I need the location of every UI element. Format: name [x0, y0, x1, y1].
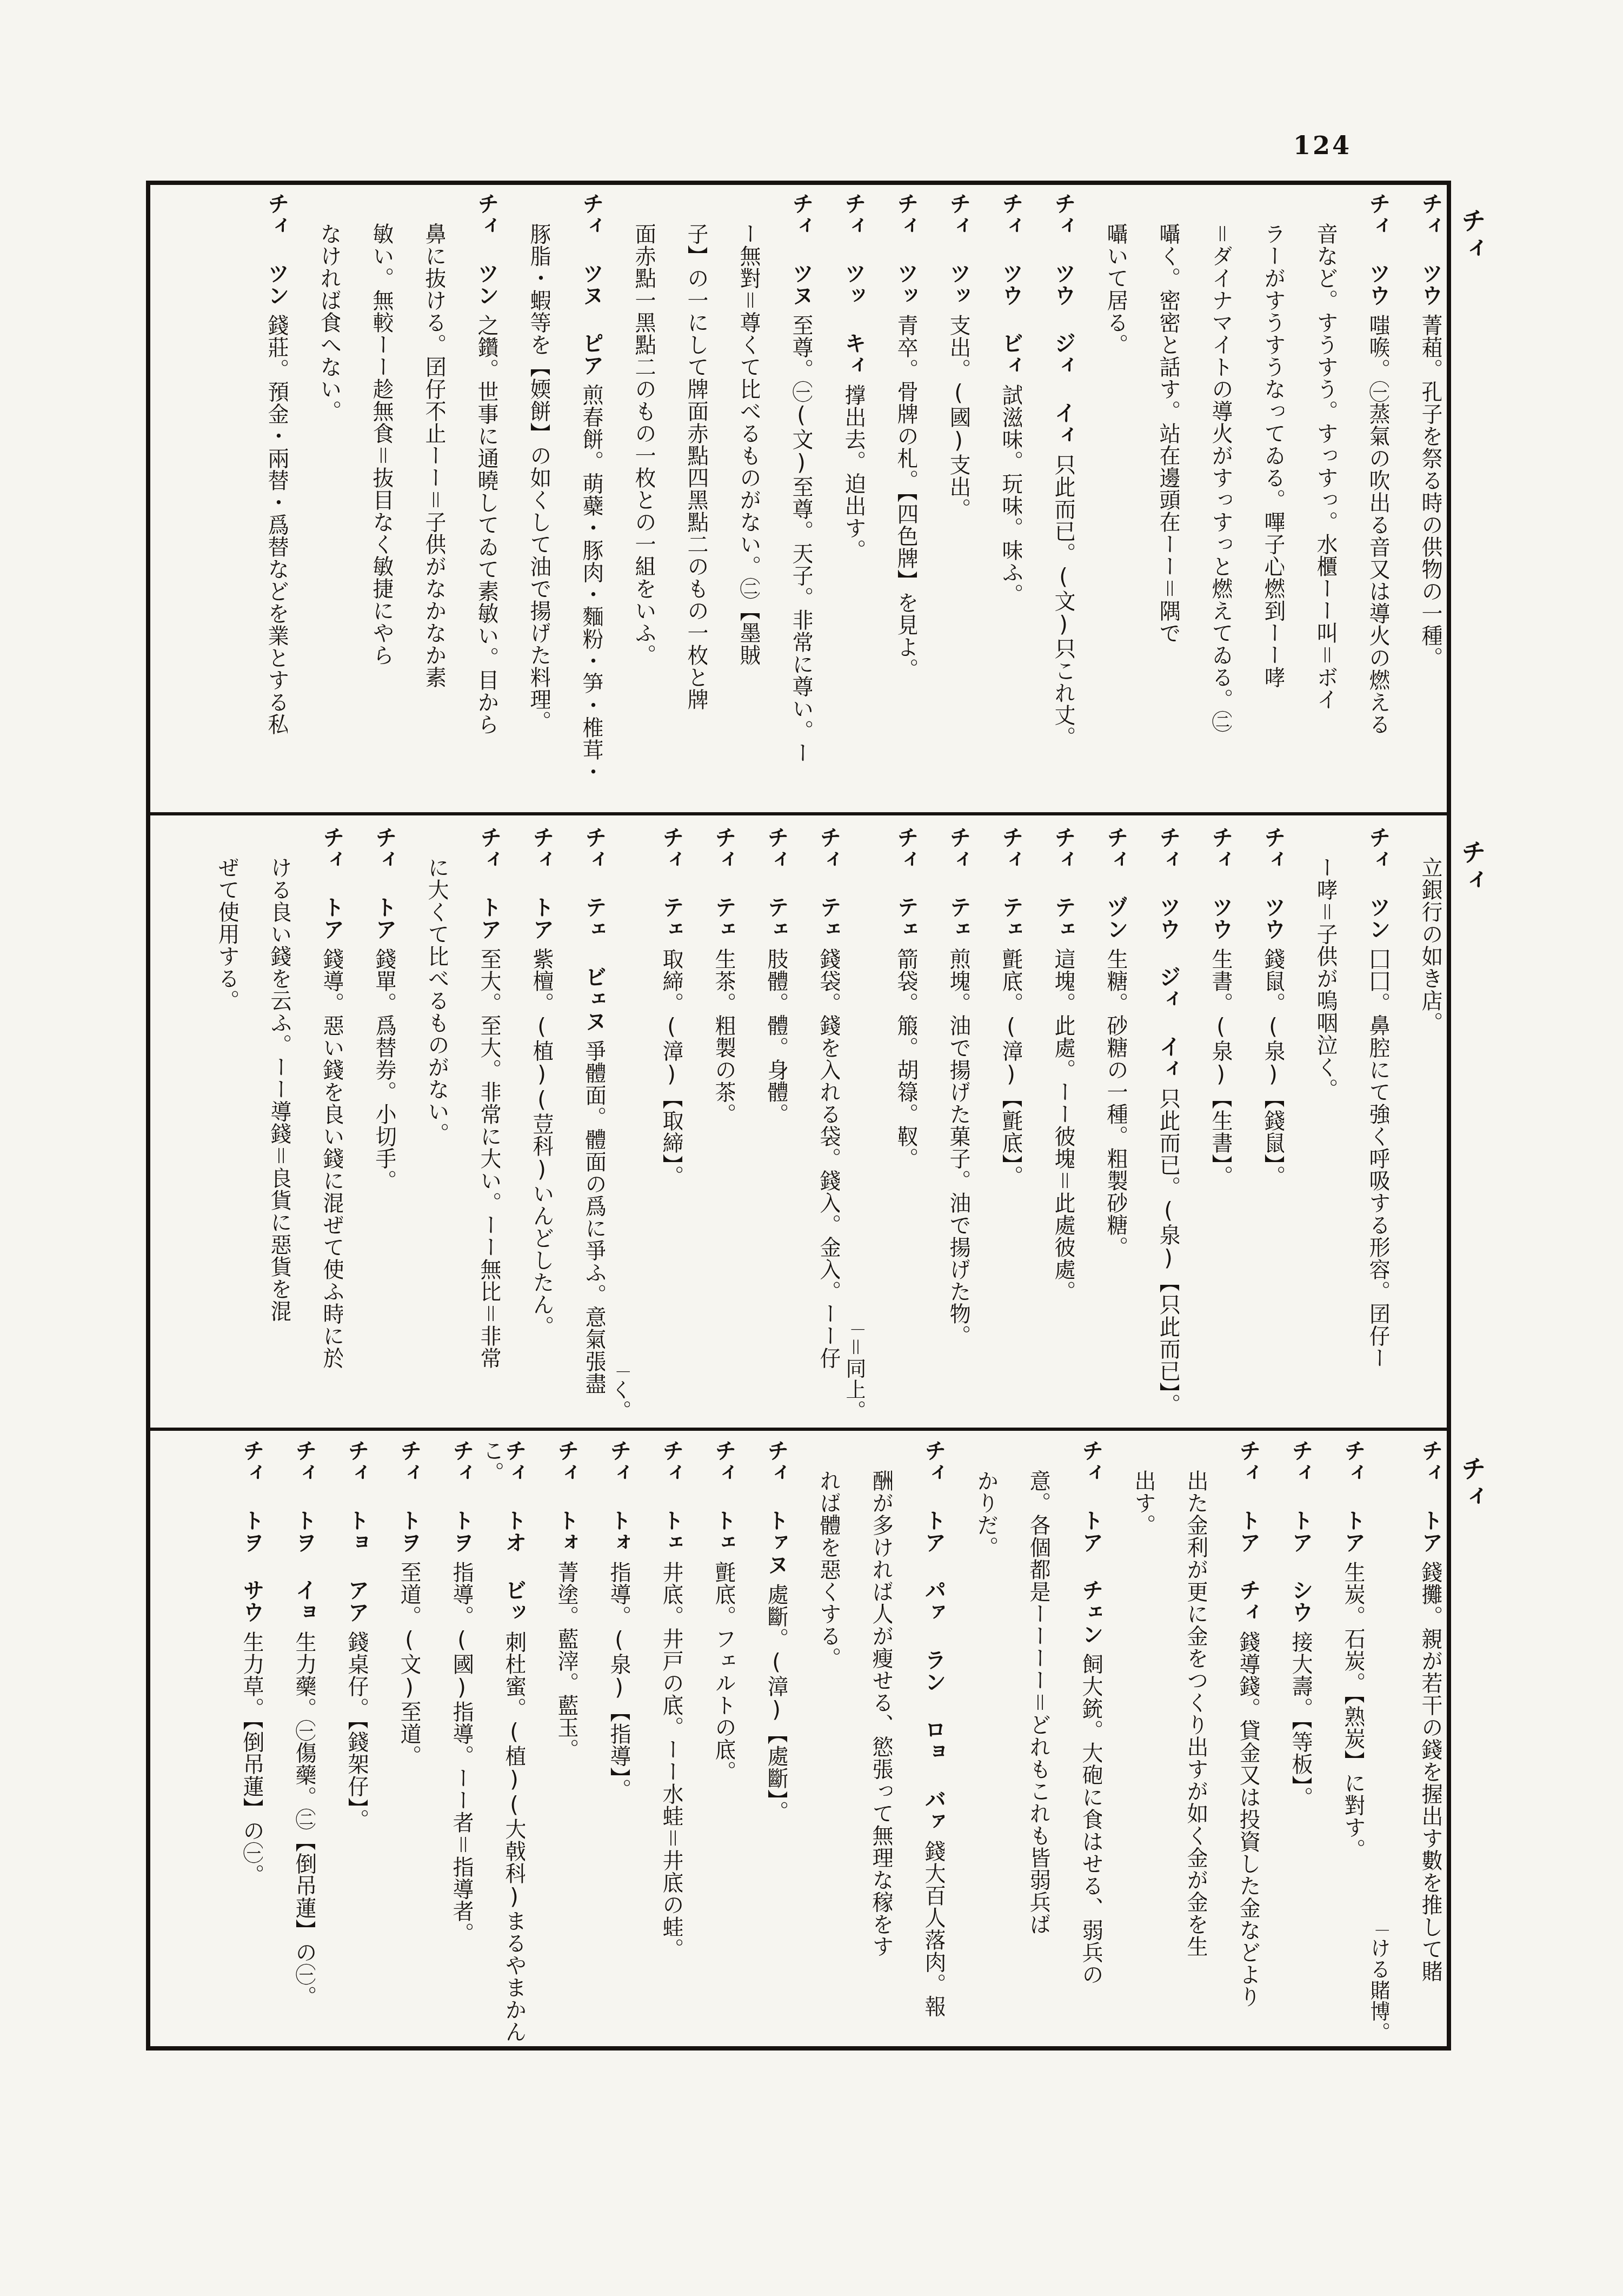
entry-reading: チィ ツヌ ピア: [579, 193, 602, 376]
entry-reading: チィ トェ: [711, 1439, 735, 1554]
dictionary-column: チィ ツヌ至尊。㊀(文)至尊。天子。非常に尊い。ー: [760, 193, 812, 806]
entry-reading: チィ テェ: [1051, 826, 1074, 940]
entry-text: 氈底。(漳)【氈底】。: [999, 948, 1022, 1187]
entry-text: 豚脂・蝦等を【媆餅】の如くして油で揚げた料理。: [527, 223, 550, 733]
dictionary-column: チィ トヲ イョ生力藥。㊀傷藥。㊁【倒吊蓮】の㊀。: [263, 1439, 315, 2043]
band-3: チィ トア錢攤。親が若干の錢を握出す數を推して賭「ける賭博。チィ トア生炭。石炭…: [159, 1439, 1441, 2043]
entry-text: 囗囗。鼻腔にて強く呼吸する形容。囝仔ー: [1366, 948, 1389, 1369]
dictionary-column: チィ トァヌ處斷。(漳)【處斷】。: [735, 1439, 787, 2043]
dictionary-column: チィ トォ菁塗。藍滓。藍玉。: [525, 1439, 577, 2043]
entry-text: 處斷。(漳)【處斷】。: [764, 1583, 787, 1823]
dictionary-column: チィ トオ ビッ刺杜蜜。(植)(大戟科)まるやまかんこ。: [473, 1439, 525, 2043]
dictionary-column: なければ食へない。: [288, 193, 340, 806]
entry-reading: チィ テェ: [659, 826, 682, 940]
dictionary-column: 出た金利が更に金をつくり出すが如く金が金を生: [1154, 1439, 1207, 2043]
entry-text: 生書。(泉)【生書】。: [1208, 948, 1232, 1187]
dictionary-column: 意。各個都是ーーーー＝どれもこれも皆弱兵ば: [997, 1439, 1049, 2043]
dictionary-column: チィ ツッ キィ撑出去。迫出す。: [812, 193, 864, 806]
dictionary-column: チィ テェ肢體。體。身體。: [735, 826, 787, 1421]
band-2: 立銀行の如き店。チィ ツン囗囗。鼻腔にて強く呼吸する形容。囝仔ーー哮＝子供が嗚咽…: [159, 826, 1441, 1421]
dictionary-column: チィ ツヌ ピア煎春餅。萌蘗・豚肉・麵粉・笋・椎茸・: [550, 193, 602, 806]
dictionary-column: ＝ダイナマイトの導火がすっすっと燃えてゐる。㊁: [1179, 193, 1232, 806]
page-number: 124: [1293, 131, 1352, 160]
entry-reading: チィ テェ: [946, 826, 969, 940]
dictionary-column: チィ トア至大。至大。非常に大い。ーー無比＝非常: [448, 826, 500, 1421]
entry-reading: チィ トヲ イョ: [292, 1439, 315, 1623]
entry-reading: チィ トオ ビッ: [502, 1439, 525, 1623]
dictionary-column: チィ ツウ ジィ イィ只此而已。(文)只これ丈。: [1022, 193, 1074, 806]
entry-text: 支出。(國)支出。: [946, 314, 969, 520]
entry-text: 煎春餅。萌蘗・豚肉・麵粉・笋・椎茸・: [579, 384, 602, 783]
dictionary-column: かりだ。: [944, 1439, 997, 2043]
entry-text: 立銀行の如き店。: [1418, 857, 1441, 1034]
entry-reading: チィ テェ ビェヌ: [582, 826, 605, 1032]
entry-text: 紫檀。(植)(荳科)いんどしたん。: [529, 948, 553, 1338]
entry-text: 爭體面。體面の爲に爭ふ。意氣張盡: [582, 1040, 605, 1395]
dictionary-column: チィ ツウ ジィ イィ只此而已。(泉)【只此而已】。: [1127, 826, 1179, 1421]
dictionary-column: ぜて使用する。: [185, 826, 238, 1421]
dictionary-column: 音など。すうすう。すっすっ。水櫃ーー叫＝ボイ: [1284, 193, 1336, 806]
entry-text: 酬が多ければ人が瘦せる、慾張って無理な稼をす: [869, 1470, 892, 1957]
side-tab-1: チィ: [1460, 208, 1485, 264]
entry-reading: チィ テェ: [816, 826, 840, 940]
dictionary-column: 「＝同上。: [840, 826, 864, 1421]
entry-text: かりだ。: [974, 1470, 997, 1558]
dictionary-column: チィ トア パァ ラン ロョ バァ錢大百人落肉。報: [892, 1439, 944, 2043]
entry-text: 「く。: [608, 1358, 630, 1421]
dictionary-column: 「ける賭博。: [1364, 1439, 1389, 2043]
dictionary-column: チィ トア生炭。石炭。【熟炭】に對す。: [1312, 1439, 1364, 2043]
dictionary-column: チィ トア シウ接大壽。【等板】。: [1259, 1439, 1312, 2043]
dictionary-column: チィ トェ井底。井戸の底。ーー水蛙＝井底の蛙。: [630, 1439, 682, 2043]
entry-text: 指導。(泉)【指導】。: [607, 1561, 630, 1801]
entry-reading: チィ トォ: [554, 1439, 577, 1554]
dictionary-column: チィ トア チィ錢導錢。貸金又は投資した金などより: [1207, 1439, 1259, 2043]
entry-text: 指導。(國)指導。ーー者＝指導者。: [449, 1561, 473, 1945]
dictionary-column: 鼻に抜ける。囝仔不止ーー＝子供がなかなか素: [393, 193, 445, 806]
entry-text: 錢鼠。(泉)【錢鼠】。: [1261, 948, 1284, 1187]
entry-reading: チィ トア: [1341, 1439, 1364, 1554]
entry-reading: チィ トア シウ: [1288, 1439, 1312, 1623]
entry-text: ー無對＝尊くて比べるものがない。㊁【墨賊: [736, 223, 760, 666]
entry-text: ぜて使用する。: [215, 857, 238, 1012]
entry-text: 生炭。石炭。【熟炭】に對す。: [1341, 1561, 1364, 1861]
side-tab-3: チィ: [1460, 1456, 1485, 1512]
entry-text: 「ける賭博。: [1367, 1916, 1389, 2043]
dictionary-column: れば體を惡くする。: [787, 1439, 840, 2043]
entry-reading: チィ テェ: [711, 826, 735, 940]
entry-text: 生力草。【倒吊蓮】の㊀。: [240, 1631, 263, 1886]
dictionary-column: ける良い錢を云ふ。ーー導錢＝良貨に惡貨を混: [238, 826, 290, 1421]
dictionary-column: チィ ツウ菁蒩。孔子を祭る時の供物の一種。: [1389, 193, 1441, 806]
dictionary-column: チィ ツウ嗤㗋。㊀蒸氣の吹出る音又は導火の燃える: [1336, 193, 1389, 806]
entry-text: 嗤㗋。㊀蒸氣の吹出る音又は導火の燃える: [1366, 314, 1389, 735]
dictionary-column: チィ トア紫檀。(植)(荳科)いんどしたん。: [500, 826, 553, 1421]
entry-text: に大くて比べるものがない。: [424, 857, 448, 1145]
entry-reading: チィ ツッ: [894, 193, 917, 307]
entry-text: ＝ダイナマイトの導火がすっすっと燃えてゐる。㊁: [1208, 223, 1232, 733]
entry-text: 錢單。爲替券。小切手。: [372, 948, 395, 1192]
dictionary-column: ラーがすうすうなってゐる。嗶子心燃到ーー哮: [1232, 193, 1284, 806]
entry-text: 面赤點一黑點二のもの一枚との一組をいふ。: [631, 223, 655, 666]
entry-reading: チィ テェ: [764, 826, 787, 940]
entry-text: 意。各個都是ーーーー＝どれもこれも皆弱兵ば: [1026, 1470, 1049, 1935]
entry-text: 出た金利が更に金をつくり出すが如く金が金を生: [1183, 1470, 1207, 1957]
entry-reading: チィ ツン: [474, 193, 497, 307]
dictionary-column: チィ テェ箭袋。箙。胡簶。靫。: [864, 826, 917, 1421]
dictionary-column: チィ トェ氈底。フェルトの底。: [682, 1439, 735, 2043]
entry-text: 至尊。㊀(文)至尊。天子。非常に尊い。ー: [789, 314, 812, 764]
entry-reading: チィ トヲ: [449, 1439, 473, 1554]
entry-reading: チィ ツウ ジィ イィ: [1051, 193, 1074, 446]
band-divider-2: [146, 1428, 1451, 1431]
entry-text: 生茶。粗製の茶。: [711, 948, 735, 1125]
entry-text: 肢體。體。身體。: [764, 948, 787, 1125]
entry-text: ける良い錢を云ふ。ーー導錢＝良貨に惡貨を混: [267, 857, 290, 1322]
entry-text: 錢攤。親が若干の錢を握出す數を推して賭: [1418, 1561, 1441, 1982]
entry-reading: チィ ツウ: [1418, 193, 1441, 307]
entry-text: 青卒。骨牌の札。【四色牌】を見よ。: [894, 314, 917, 680]
entry-reading: チィ トア: [529, 826, 553, 940]
dictionary-column: 酬が多ければ人が瘦せる、慾張って無理な稼をす: [840, 1439, 892, 2043]
dictionary-column: チィ テェ錢袋。錢を入れる袋。錢入。金入。ーー仔: [787, 826, 840, 1421]
entry-reading: チィ トア: [372, 826, 395, 940]
entry-reading: チィ トェ: [659, 1439, 682, 1554]
entry-reading: チィ ツウ ジィ イィ: [1156, 826, 1179, 1080]
entry-reading: チィ ヅン: [1103, 826, 1127, 940]
entry-reading: チィ テェ: [999, 826, 1022, 940]
dictionary-column: チィ ツウ生書。(泉)【生書】。: [1179, 826, 1232, 1421]
entry-text: 試滋味。玩味。味ふ。: [999, 384, 1022, 606]
entry-reading: チィ ツッ: [946, 193, 969, 307]
dictionary-column: チィ ツウ ビィ試滋味。玩味。味ふ。: [969, 193, 1022, 806]
entry-text: 只此而已。(文)只これ丈。: [1051, 454, 1074, 748]
entry-text: 井底。井戸の底。ーー水蛙＝井底の蛙。: [659, 1561, 682, 1960]
entry-text: 錢導。惡い錢を良い錢に混ぜて使ふ時に於: [320, 948, 343, 1369]
band-1: チィ ツウ菁蒩。孔子を祭る時の供物の一種。チィ ツウ嗤㗋。㊀蒸氣の吹出る音又は導…: [159, 193, 1441, 806]
dictionary-column: 面赤點一黑點二のもの一枚との一組をいふ。: [602, 193, 655, 806]
entry-text: 飼大銃。大砲に食はせる、弱兵の: [1079, 1653, 1102, 1986]
entry-text: 取締。(漳)【取締】。: [659, 948, 682, 1187]
dictionary-column: チィ ツン之鑽。世事に通曉してゐて素敏い。目から: [445, 193, 497, 806]
dictionary-column: 「く。: [605, 826, 630, 1421]
entry-reading: チィ トア チェン: [1079, 1439, 1102, 1645]
entry-text: ラーがすうすうなってゐる。嗶子心燃到ーー哮: [1261, 223, 1284, 688]
entry-text: 生糖。砂糖の一種。粗製砂糖。: [1103, 948, 1127, 1258]
entry-text: 只此而已。(泉)【只此而已】。: [1156, 1087, 1179, 1416]
entry-reading: チィ ツウ: [1366, 193, 1389, 307]
entry-text: 煎塊。油で揚げた菓子。油で揚げた物。: [946, 948, 969, 1347]
entry-reading: チィ トア チィ: [1236, 1439, 1259, 1623]
dictionary-column: チィ トヲ指導。(國)指導。ーー者＝指導者。: [420, 1439, 473, 2043]
entry-text: 菁塗。藍滓。藍玉。: [554, 1561, 577, 1761]
dictionary-column: 囁く。密密と話す。站在邊頭在ーー＝隅で: [1127, 193, 1179, 806]
entry-text: 錢導錢。貸金又は投資した金などより: [1236, 1631, 1259, 2008]
dictionary-column: チィ テェ煎塊。油で揚げた菓子。油で揚げた物。: [917, 826, 969, 1421]
entry-reading: チィ ツン: [264, 193, 288, 307]
entry-text: なければ食へない。: [317, 223, 340, 422]
entry-reading: チィ ツウ: [1208, 826, 1232, 940]
dictionary-column: ー無對＝尊くて比べるものがない。㊁【墨賊: [707, 193, 760, 806]
dictionary-column: チィ ツン錢莊。預金・兩替・爲替などを業とする私: [235, 193, 288, 806]
entry-text: 鼻に抜ける。囝仔不止ーー＝子供がなかなか素: [422, 223, 445, 688]
dictionary-column: チィ ツッ支出。(國)支出。: [917, 193, 969, 806]
entry-text: 敏い。無較ーー趁無食＝抜目なく敏捷にやら: [369, 223, 393, 666]
entry-reading: チィ トア: [1418, 1439, 1441, 1554]
entry-text: 氈底。フェルトの底。: [711, 1561, 735, 1783]
entry-text: 之鑽。世事に通曉してゐて素敏い。目から: [474, 314, 497, 735]
dictionary-column: チィ トア錢單。爲替券。小切手。: [343, 826, 395, 1421]
entry-text: 撑出去。迫出す。: [841, 384, 864, 561]
dictionary-column: チィ トア錢導。惡い錢を良い錢に混ぜて使ふ時に於: [290, 826, 343, 1421]
dictionary-column: チィ ツウ錢鼠。(泉)【錢鼠】。: [1232, 826, 1284, 1421]
entry-text: 這塊。此處。ーー彼塊＝此處彼處。: [1051, 948, 1074, 1303]
dictionary-column: 豚脂・蝦等を【媆餅】の如くして油で揚げた料理。: [497, 193, 550, 806]
dictionary-column: チィ テェ氈底。(漳)【氈底】。: [969, 826, 1022, 1421]
dictionary-column: 子】の一にして牌面赤點四黑點二のもの一枚と牌: [655, 193, 707, 806]
entry-reading: チィ トォ: [607, 1439, 630, 1554]
dictionary-column: チィ トョ アア錢桌仔。【錢架仔】。: [315, 1439, 368, 2043]
entry-text: 囁く。密密と話す。站在邊頭在ーー＝隅で: [1156, 223, 1179, 644]
dictionary-column: ー哮＝子供が嗚咽泣く。: [1284, 826, 1336, 1421]
dictionary-column: チィ ツッ青卒。骨牌の札。【四色牌】を見よ。: [864, 193, 917, 806]
dictionary-column: チィ ツン囗囗。鼻腔にて強く呼吸する形容。囝仔ー: [1336, 826, 1389, 1421]
dictionary-column: 敏い。無較ーー趁無食＝抜目なく敏捷にやら: [340, 193, 393, 806]
entry-reading: チィ トョ アア: [344, 1439, 368, 1623]
entry-reading: チィ トァヌ: [764, 1439, 787, 1576]
entry-text: 接大壽。【等板】。: [1288, 1631, 1312, 1809]
entry-reading: チィ トア: [477, 826, 500, 940]
dictionary-column: チィ トォ指導。(泉)【指導】。: [577, 1439, 630, 2043]
entry-text: ー哮＝子供が嗚咽泣く。: [1313, 857, 1336, 1100]
dictionary-column: チィ テェ ビェヌ爭體面。體面の爲に爭ふ。意氣張盡: [553, 826, 605, 1421]
entry-reading: チィ トヲ サウ: [240, 1439, 263, 1623]
entry-text: 子】の一にして牌面赤點四黑點二のもの一枚と牌: [684, 223, 707, 711]
dictionary-column: チィ テェ取締。(漳)【取締】。: [630, 826, 682, 1421]
entry-text: 菁蒩。孔子を祭る時の供物の一種。: [1418, 314, 1441, 669]
entry-text: 錢桌仔。【錢架仔】。: [344, 1631, 368, 1831]
dictionary-column: 囁いて居る。: [1074, 193, 1127, 806]
band-divider-1: [146, 812, 1451, 815]
dictionary-column: チィ トヲ サウ生力草。【倒吊蓮】の㊀。: [210, 1439, 263, 2043]
dictionary-column: チィ ヅン生糖。砂糖の一種。粗製砂糖。: [1074, 826, 1127, 1421]
entry-reading: チィ ツヌ: [789, 193, 812, 307]
entry-text: 囁いて居る。: [1103, 223, 1127, 356]
entry-text: 錢大百人落肉。報: [921, 1840, 944, 2018]
entry-reading: チィ ツン: [1366, 826, 1389, 940]
dictionary-column: チィ トア チェン飼大銃。大砲に食はせる、弱兵の: [1049, 1439, 1102, 2043]
side-tab-2: チィ: [1460, 839, 1485, 895]
dictionary-column: チィ トア錢攤。親が若干の錢を握出す數を推して賭: [1389, 1439, 1441, 2043]
entry-reading: チィ トア: [320, 826, 343, 940]
entry-text: 至道。(文)至道。: [397, 1561, 420, 1767]
dictionary-column: 出す。: [1102, 1439, 1154, 2043]
entry-text: 音など。すうすう。すっすっ。水櫃ーー叫＝ボイ: [1313, 223, 1336, 711]
entry-text: 錢袋。錢を入れる袋。錢入。金入。ーー仔: [816, 948, 840, 1369]
dictionary-column: チィ テェ生茶。粗製の茶。: [682, 826, 735, 1421]
entry-reading: チィ ツッ キィ: [841, 193, 864, 376]
entry-reading: チィ トア パァ ラン ロョ バァ: [921, 1439, 944, 1833]
entry-reading: チィ トヲ: [397, 1439, 420, 1554]
dictionary-column: チィ テェ這塊。此處。ーー彼塊＝此處彼處。: [1022, 826, 1074, 1421]
dictionary-column: 立銀行の如き店。: [1389, 826, 1441, 1421]
dictionary-column: チィ トヲ至道。(文)至道。: [368, 1439, 420, 2043]
dictionary-column: に大くて比べるものがない。: [395, 826, 448, 1421]
entry-text: 生力藥。㊀傷藥。㊁【倒吊蓮】の㊀。: [292, 1631, 315, 2008]
entry-reading: チィ ツウ: [1261, 826, 1284, 940]
entry-text: 「＝同上。: [842, 1316, 864, 1421]
entry-text: れば體を惡くする。: [816, 1470, 840, 1669]
entry-text: 出す。: [1131, 1470, 1154, 1536]
entry-text: 箭袋。箙。胡簶。靫。: [894, 948, 917, 1170]
entry-reading: チィ テェ: [894, 826, 917, 940]
dictionary-page: 124 チィ ツウ菁蒩。孔子を祭る時の供物の一種。チィ ツウ嗤㗋。㊀蒸氣の吹出る…: [0, 0, 1623, 2296]
entry-text: 至大。至大。非常に大い。ーー無比＝非常: [477, 948, 500, 1369]
entry-reading: チィ ツウ ビィ: [999, 193, 1022, 376]
entry-text: 錢莊。預金・兩替・爲替などを業とする私: [264, 314, 288, 735]
